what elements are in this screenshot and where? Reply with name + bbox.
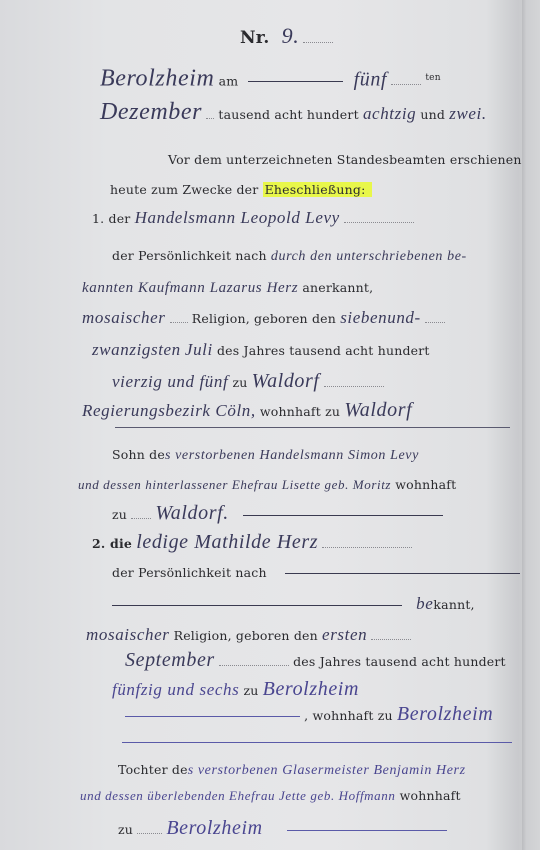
year-handwritten-1: achtzig bbox=[363, 104, 416, 123]
jahres-label: des Jahres tausend acht hundert bbox=[217, 343, 430, 358]
parents-wohnhaft-label: wohnhaft bbox=[395, 477, 456, 492]
parents-zu-label: zu bbox=[112, 507, 127, 522]
bride-residence-line: , wohnhaft zu Berolzheim bbox=[125, 706, 493, 725]
bride-residence: Berolzheim bbox=[397, 703, 493, 725]
month-handwritten: Dezember bbox=[100, 99, 202, 125]
bride-name: ledige Mathilde Herz bbox=[136, 531, 318, 553]
groom-name: Handelsmann Leopold Levy bbox=[135, 208, 340, 227]
bride-parents-residence-line: zu Berolzheim bbox=[118, 820, 447, 839]
bride-bekannt-handwritten: be bbox=[416, 594, 433, 613]
bride-birth-month: September bbox=[125, 649, 215, 671]
place-handwritten: Berolzheim bbox=[100, 65, 214, 91]
year-und: und bbox=[420, 107, 445, 122]
groom-parents-line-2: und dessen hinterlassener Ehefrau Lisett… bbox=[78, 477, 456, 494]
am-label: am bbox=[219, 73, 239, 88]
groom-bekannt-suffix: anerkannt, bbox=[302, 280, 373, 295]
bride-parents-residence: Berolzheim bbox=[166, 817, 262, 839]
groom-parents-line-1: Sohn des verstorbenen Handelsmann Simon … bbox=[112, 447, 419, 464]
groom-bekannt-line: kannten Kaufmann Lazarus Herz anerkannt, bbox=[82, 280, 373, 297]
groom-birth-month: Juli bbox=[185, 340, 213, 359]
month-year-line: Dezember tausend acht hundert achtzig un… bbox=[100, 104, 487, 124]
religion-label: Religion, geboren den bbox=[192, 311, 336, 326]
groom-parents-2: und dessen hinterlassener Ehefrau Lisett… bbox=[78, 477, 391, 492]
intro-prefix: heute zum Zwecke der bbox=[110, 182, 258, 197]
bride-parents-wohnhaft-label: wohnhaft bbox=[400, 788, 461, 803]
bride-parents-1: s verstorbenen Glasermeister Benjamin He… bbox=[188, 763, 466, 778]
groom-birth-year: vierzig und fünf bbox=[112, 372, 228, 391]
bride-birth-line: September des Jahres tausend acht hunder… bbox=[125, 652, 506, 671]
bride-persoenlichkeit-line: der Persönlichkeit nach bbox=[112, 565, 520, 582]
wohnhaft-label: wohnhaft zu bbox=[260, 404, 340, 419]
bride-index-label: 2. die bbox=[92, 536, 132, 551]
groom-persoenlichkeit-1: durch den unterschriebenen be- bbox=[271, 249, 467, 264]
groom-parents-residence: Waldorf. bbox=[155, 502, 229, 524]
bride-religion: mosaischer bbox=[86, 625, 169, 644]
tochter-label: Tochter de bbox=[118, 762, 188, 777]
section-divider-2 bbox=[122, 742, 512, 743]
year-handwritten-2: zwei. bbox=[449, 104, 486, 123]
groom-district: Regierungsbezirk Cöln, bbox=[82, 401, 256, 420]
bride-birth-place: Berolzheim bbox=[263, 678, 359, 700]
registry-page: Nr. 9. Berolzheim am fünf ten Dezember t… bbox=[0, 0, 540, 850]
bride-birth-year: fünfzig und sechs bbox=[112, 680, 239, 699]
bride-birth-year-line: fünfzig und sechs zu Berolzheim bbox=[112, 681, 359, 700]
bride-parents-zu-label: zu bbox=[118, 822, 133, 837]
groom-birth-year-line: vierzig und fünf zu Waldorf bbox=[112, 373, 384, 392]
groom-name-line: 1. der Handelsmann Leopold Levy bbox=[92, 210, 414, 228]
day-suffix: ten bbox=[425, 73, 440, 83]
intro-line-1: Vor dem unterzeichneten Standesbeamten e… bbox=[168, 152, 522, 168]
groom-persoenlichkeit-line: der Persönlichkeit nach durch den unters… bbox=[112, 248, 467, 265]
sohn-label: Sohn de bbox=[112, 447, 165, 462]
groom-residence: Waldorf bbox=[344, 399, 412, 421]
bride-jahres-label: des Jahres tausend acht hundert bbox=[293, 654, 506, 669]
bride-parents-line-2: und dessen überlebenden Ehefrau Jette ge… bbox=[80, 788, 461, 805]
section-divider bbox=[115, 427, 510, 428]
groom-birth-day-2: zwanzigsten bbox=[92, 340, 181, 359]
bride-persoenlichkeit-label: der Persönlichkeit nach bbox=[112, 565, 267, 580]
number-label: Nr. bbox=[240, 28, 269, 48]
bride-religion-label: Religion, geboren den bbox=[174, 628, 318, 643]
groom-residence-line: Regierungsbezirk Cöln, wohnhaft zu Waldo… bbox=[82, 402, 412, 421]
number-value: 9. bbox=[282, 23, 300, 48]
day-handwritten: fünf bbox=[354, 68, 388, 90]
bride-zu-label: zu bbox=[243, 683, 258, 698]
groom-religion: mosaischer bbox=[82, 308, 165, 327]
page-gutter-shadow bbox=[522, 0, 526, 850]
bride-name-line: 2. die ledige Mathilde Herz bbox=[92, 534, 412, 553]
persoenlichkeit-label: der Persönlichkeit nach bbox=[112, 248, 267, 263]
groom-birth-day-1: siebenund- bbox=[340, 308, 421, 327]
year-printed: tausend acht hundert bbox=[218, 107, 358, 122]
bride-bekannt-line: bekannt, bbox=[112, 596, 475, 614]
bride-birth-day: ersten bbox=[322, 625, 367, 644]
groom-parents-residence-line: zu Waldorf. bbox=[112, 505, 443, 524]
bride-parents-2: und dessen überlebenden Ehefrau Jette ge… bbox=[80, 788, 395, 803]
record-number: Nr. 9. bbox=[240, 28, 333, 48]
groom-parents-1: s verstorbenen Handelsmann Simon Levy bbox=[165, 448, 419, 463]
bride-parents-line-1: Tochter des verstorbenen Glasermeister B… bbox=[118, 762, 466, 779]
groom-persoenlichkeit-2: kannten Kaufmann Lazarus Herz bbox=[82, 280, 298, 296]
place-date-line: Berolzheim am fünf ten bbox=[100, 70, 441, 90]
bride-bekannt-suffix: kannt, bbox=[433, 597, 474, 612]
intro-line-2: heute zum Zwecke der Eheschließung: bbox=[110, 182, 372, 199]
eheschliessung-highlight: Eheschließung: bbox=[263, 182, 372, 197]
bride-religion-line: mosaischer Religion, geboren den ersten bbox=[86, 627, 411, 645]
groom-birth-place: Waldorf bbox=[252, 370, 320, 392]
groom-birth-line: zwanzigsten Juli des Jahres tausend acht… bbox=[92, 342, 430, 360]
zu-label: zu bbox=[232, 375, 247, 390]
groom-index-label: 1. der bbox=[92, 211, 130, 226]
groom-religion-line: mosaischer Religion, geboren den siebenu… bbox=[82, 310, 445, 328]
bride-wohnhaft-label: , wohnhaft zu bbox=[304, 708, 393, 723]
